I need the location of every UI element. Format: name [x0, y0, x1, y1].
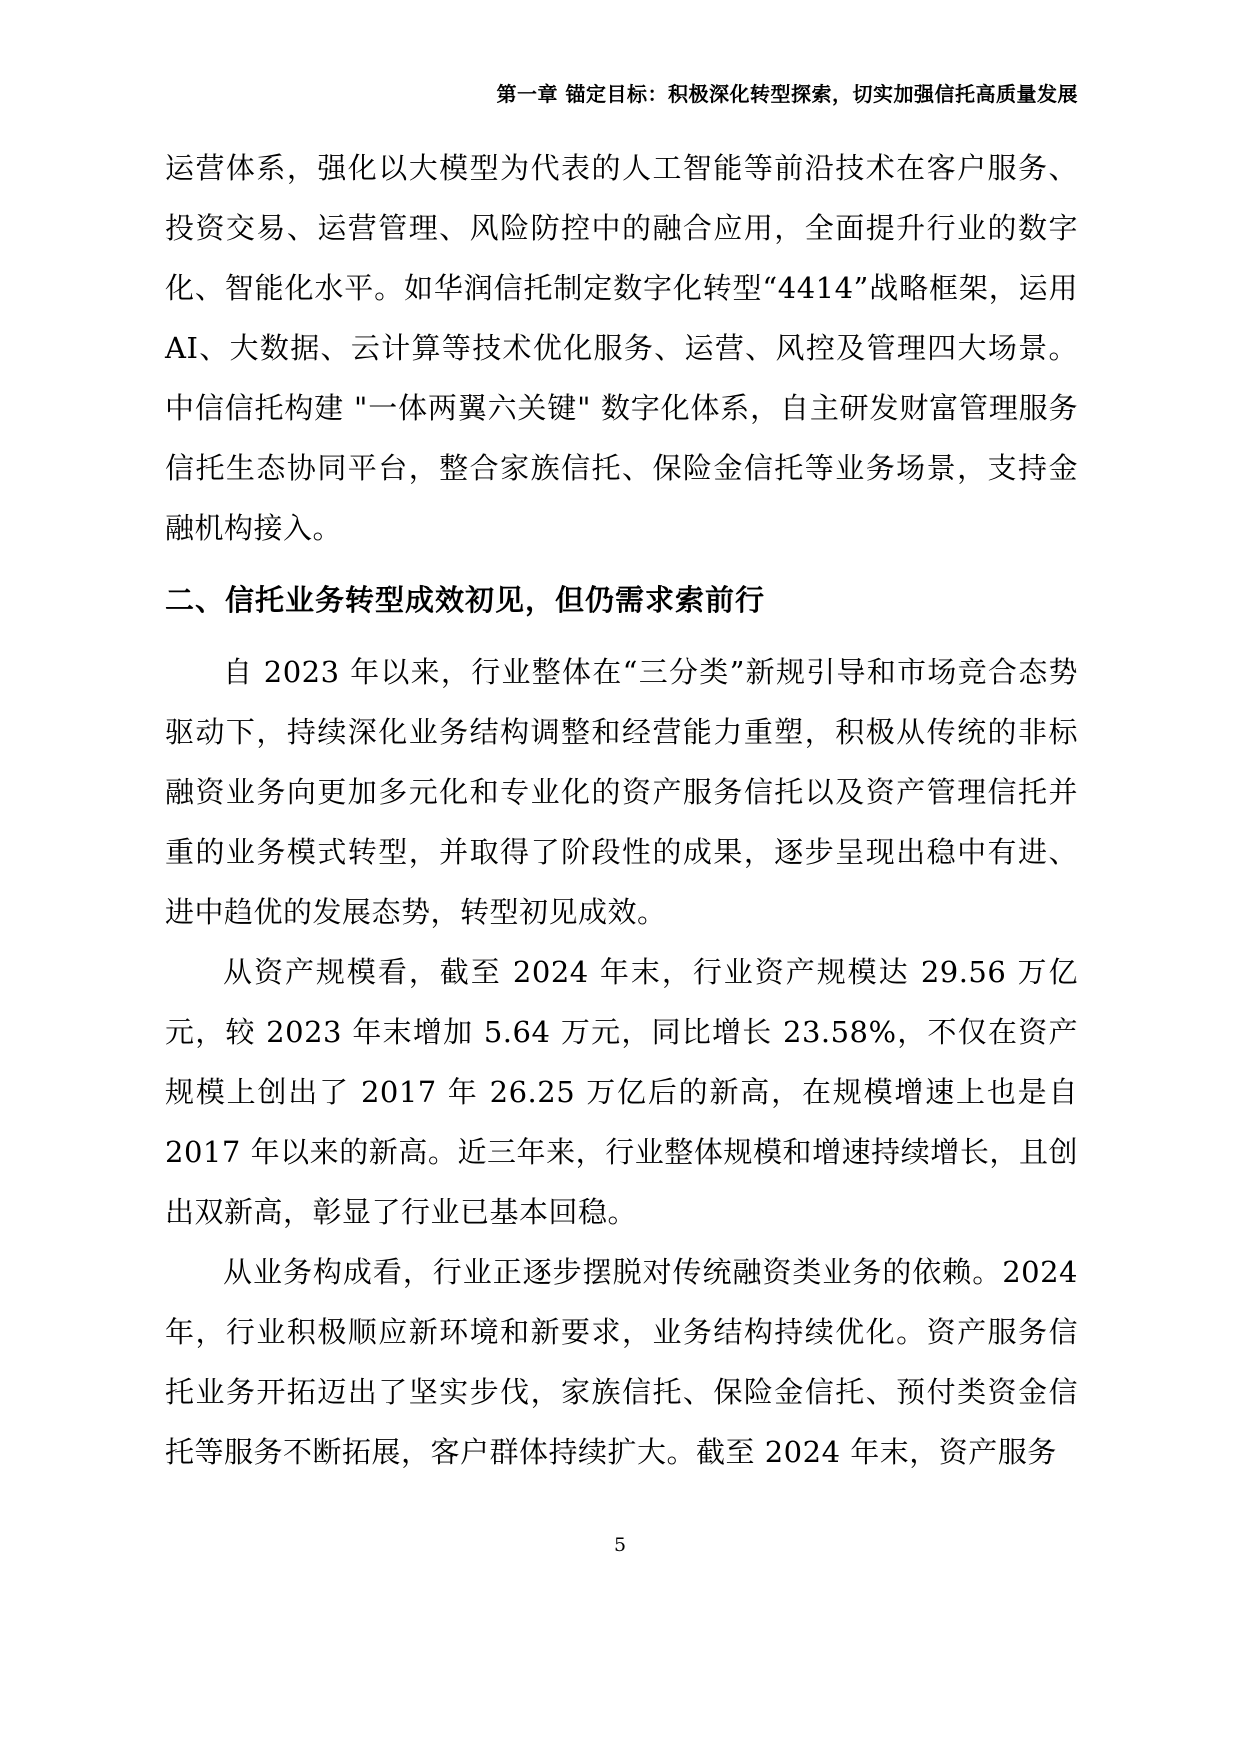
paragraph-transition-overview: 自 2023 年以来，行业整体在“三分类”新规引导和市场竞合态势驱动下，持续深化… [165, 642, 1078, 942]
page-header: 第一章 锚定目标：积极深化转型探索，切实加强信托高质量发展 [165, 82, 1078, 107]
chapter-header-text: 第一章 锚定目标：积极深化转型探索，切实加强信托高质量发展 [497, 82, 1078, 106]
page-footer: 5 [0, 1534, 1240, 1556]
document-page: 第一章 锚定目标：积极深化转型探索，切实加强信托高质量发展 运营体系，强化以大模… [0, 0, 1240, 1754]
section-heading: 二、信托业务转型成效初见，但仍需求索前行 [165, 574, 1078, 626]
paragraph-asset-scale: 从资产规模看，截至 2024 年末，行业资产规模达 29.56 万亿元，较 20… [165, 942, 1078, 1242]
paragraph-business-composition: 从业务构成看，行业正逐步摆脱对传统融资类业务的依赖。2024 年，行业积极顺应新… [165, 1242, 1078, 1482]
page-number: 5 [614, 1534, 626, 1556]
paragraph-continuation: 运营体系，强化以大模型为代表的人工智能等前沿技术在客户服务、投资交易、运营管理、… [165, 138, 1078, 558]
document-body: 运营体系，强化以大模型为代表的人工智能等前沿技术在客户服务、投资交易、运营管理、… [165, 138, 1078, 1482]
